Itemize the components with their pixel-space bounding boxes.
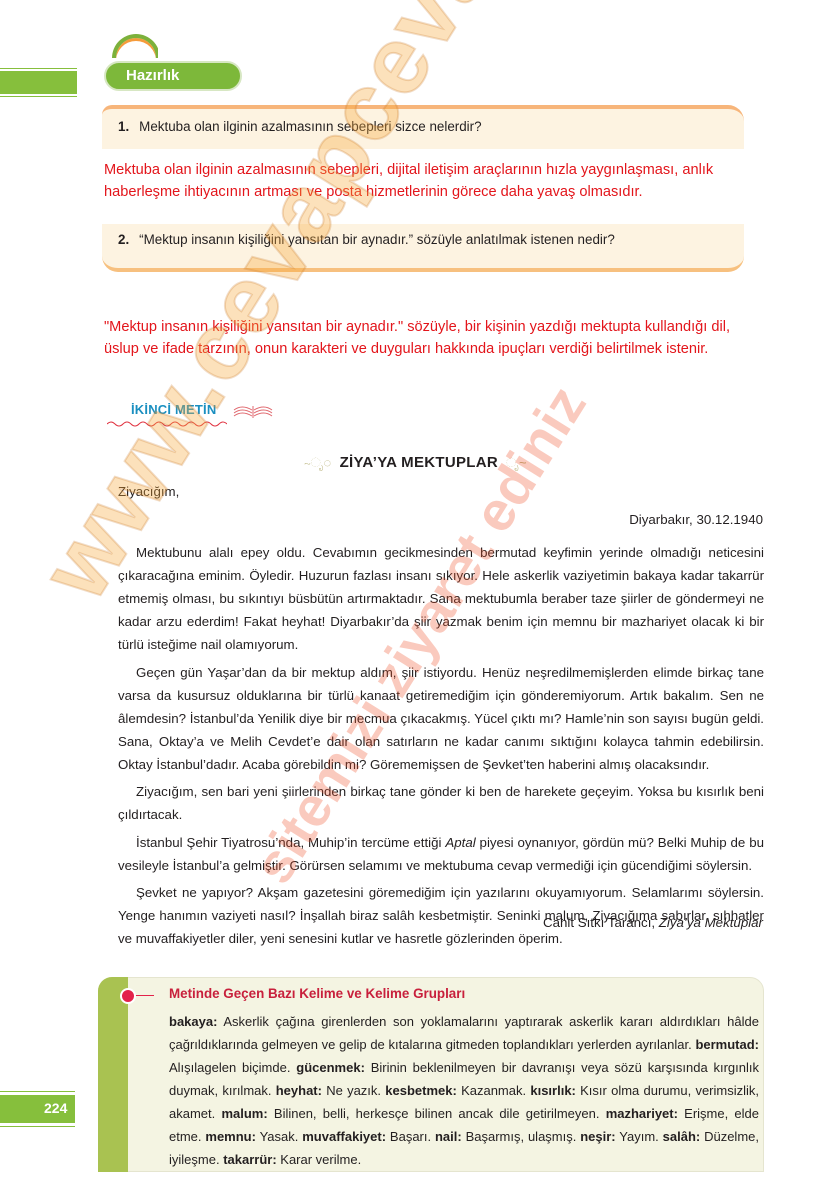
question-box-2: 2.“Mektup insanın kişiliğini yansıtan bi…	[102, 224, 744, 272]
page-number: 224	[44, 1100, 67, 1116]
wave-divider-icon	[107, 420, 227, 428]
answer-1: Mektuba olan ilginin azalmasının sebeple…	[104, 159, 764, 203]
glossary-term: mazhariyet:	[606, 1106, 678, 1121]
glossary-definition: Bilinen, belli, herkesçe bilinen ancak d…	[268, 1106, 606, 1121]
attribution: Cahit Sıtkı Tarancı, Ziya’ya Mektuplar	[543, 915, 763, 930]
glossary-definition: Başarmış, ulaşmış.	[462, 1129, 581, 1144]
letter-body: Mektubunu alalı epey oldu. Cevabımın gec…	[118, 541, 764, 955]
glossary-term: salâh:	[663, 1129, 701, 1144]
glossary-title: Metinde Geçen Bazı Kelime ve Kelime Grup…	[169, 986, 465, 1001]
letter-paragraph: Geçen gün Yaşar’dan da bir mektup aldım,…	[118, 661, 764, 776]
glossary-connector	[134, 995, 154, 996]
open-book-icon	[232, 402, 274, 420]
divider	[0, 1126, 75, 1127]
paragraph-text: Mektubunu alalı epey oldu. Cevabımın gec…	[118, 545, 764, 652]
salutation: Ziyacığım,	[118, 484, 179, 499]
glossary-term: neşir:	[580, 1129, 615, 1144]
answer-line: "Mektup insanın kişiliğini yansıtan bir …	[104, 316, 764, 338]
question-number: 1.	[118, 119, 129, 134]
bullet-dot-icon	[120, 988, 136, 1004]
author: Cahit Sıtkı Tarancı,	[543, 915, 659, 930]
answer-2: "Mektup insanın kişiliğini yansıtan bir …	[104, 316, 764, 360]
glossary-term: kısırlık:	[530, 1083, 576, 1098]
question-box-1: 1.Mektuba olan ilginin azalmasının sebep…	[102, 105, 744, 149]
section-label-hazirlik: Hazırlık	[104, 61, 242, 91]
glossary-term: takarrür:	[223, 1152, 276, 1167]
letter-paragraph: Mektubunu alalı epey oldu. Cevabımın gec…	[118, 541, 764, 656]
glossary-term: malum:	[221, 1106, 267, 1121]
question-2: 2.“Mektup insanın kişiliğini yansıtan bi…	[118, 232, 615, 247]
section-heading: İKİNCİ METİN	[131, 402, 216, 417]
letter-title: ~ೃ◌ZİYA’YA MEKTUPLAR◌ೃ~	[0, 454, 831, 471]
answer-line: Mektuba olan ilginin azalmasının sebeple…	[104, 159, 764, 181]
paragraph-text: Ziyacığım, sen bari yeni şiirlerinden bi…	[118, 784, 764, 822]
letter-title-text: ZİYA’YA MEKTUPLAR	[340, 454, 498, 471]
flourish-left-icon: ~ೃ◌	[304, 455, 331, 471]
glossary-stripe	[98, 977, 128, 1172]
glossary-definition: Alışılagelen biçimde.	[169, 1060, 296, 1075]
watermark: www.cevapcevap.com	[20, 0, 671, 618]
decorative-arc-icon	[112, 34, 158, 58]
glossary-term: nail:	[435, 1129, 462, 1144]
question-text: “Mektup insanın kişiliğini yansıtan bir …	[139, 232, 615, 247]
glossary-term: bakaya:	[169, 1014, 217, 1029]
glossary-definition: Ne yazık.	[322, 1083, 385, 1098]
answer-line: haberleşme ihtiyacının artması ve posta …	[104, 181, 764, 203]
question-1: 1.Mektuba olan ilginin azalmasının sebep…	[118, 119, 482, 134]
section-tab-bar	[0, 71, 77, 94]
work-title: Ziya’ya Mektuplar	[659, 915, 763, 930]
divider	[0, 1091, 75, 1092]
flourish-right-icon: ◌ೃ~	[506, 455, 527, 471]
glossary-term: kesbetmek:	[385, 1083, 457, 1098]
glossary-definition: Başarı.	[386, 1129, 435, 1144]
glossary-definition: Askerlik çağına girenlerden son yoklamal…	[169, 1014, 759, 1052]
glossary-definition: Karar verilme.	[277, 1152, 362, 1167]
question-number: 2.	[118, 232, 129, 247]
glossary-term: gücenmek:	[296, 1060, 365, 1075]
answer-line: üslup ve ifade tarzının, onun karakteri …	[104, 338, 764, 360]
divider	[0, 96, 77, 97]
glossary-definition: Yayım.	[616, 1129, 663, 1144]
glossary-term: memnu:	[205, 1129, 256, 1144]
letter-paragraph: İstanbul Şehir Tiyatrosu’nda, Muhip’in t…	[118, 831, 764, 877]
divider	[0, 68, 77, 69]
paragraph-text: İstanbul Şehir Tiyatrosu’nda, Muhip’in t…	[136, 835, 445, 850]
glossary-definition: Kazanmak.	[457, 1083, 531, 1098]
dateline: Diyarbakır, 30.12.1940	[629, 512, 763, 527]
glossary-term: heyhat:	[276, 1083, 322, 1098]
glossary-term: bermutad:	[695, 1037, 759, 1052]
glossary-term: muvaffakiyet:	[302, 1129, 386, 1144]
glossary-entries: bakaya: Askerlik çağına girenlerden son …	[169, 1010, 759, 1171]
italic-title: Aptal	[445, 835, 475, 850]
glossary-definition: Yasak.	[256, 1129, 302, 1144]
question-text: Mektuba olan ilginin azalmasının sebeple…	[139, 119, 481, 134]
paragraph-text: Geçen gün Yaşar’dan da bir mektup aldım,…	[118, 665, 764, 772]
letter-paragraph: Ziyacığım, sen bari yeni şiirlerinden bi…	[118, 780, 764, 826]
